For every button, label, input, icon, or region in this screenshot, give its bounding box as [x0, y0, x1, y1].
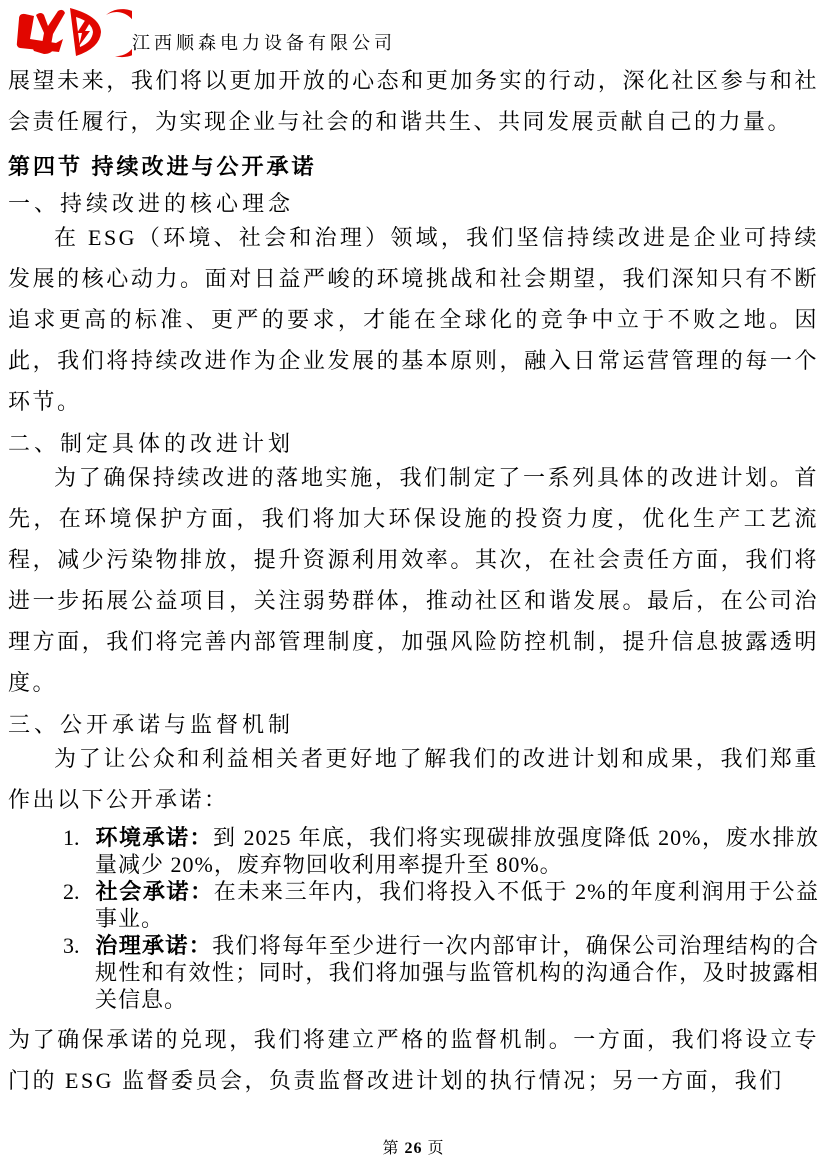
document-page: 江西顺森电力设备有限公司 展望未来，我们将以更加开放的心态和更加务实的行动，深化…	[0, 0, 827, 1164]
page-footer: 第26页	[0, 1135, 827, 1158]
subsection-paragraph-3: 为了让公众和利益相关者更好地了解我们的改进计划和成果，我们郑重作出以下公开承诺：	[8, 738, 819, 820]
company-name: 江西顺森电力设备有限公司	[132, 29, 396, 58]
commitment-item-governance: 3.治理承诺：我们将每年至少进行一次内部审计，确保公司治理结构的合规性和有效性；…	[63, 932, 819, 1013]
commitment-label: 治理承诺：	[95, 933, 212, 958]
commitment-label: 社会承诺：	[95, 879, 214, 904]
page-number: 26	[405, 1140, 423, 1157]
document-header: 江西顺森电力设备有限公司	[8, 4, 819, 58]
subsection-heading-3: 三、公开承诺与监督机制	[8, 711, 819, 738]
subsection-heading-2: 二、制定具体的改进计划	[8, 430, 819, 457]
commitment-item-social: 2.社会承诺：在未来三年内，我们将投入不低于 2%的年度利润用于公益事业。	[63, 878, 819, 932]
list-number: 1.	[63, 824, 95, 851]
lydc-logo-icon	[8, 4, 132, 58]
closing-paragraph: 为了确保承诺的兑现，我们将建立严格的监督机制。一方面，我们将设立专门的 ESG …	[8, 1019, 819, 1101]
commitment-item-environment: 1.环境承诺：到 2025 年底，我们将实现碳排放强度降低 20%，废水排放量减…	[63, 824, 819, 878]
commitment-list: 1.环境承诺：到 2025 年底，我们将实现碳排放强度降低 20%，废水排放量减…	[63, 824, 819, 1013]
subsection-heading-1: 一、持续改进的核心理念	[8, 190, 819, 217]
subsection-paragraph-2: 为了确保持续改进的落地实施，我们制定了一系列具体的改进计划。首先，在环境保护方面…	[8, 457, 819, 703]
commitment-label: 环境承诺：	[95, 825, 213, 850]
list-number: 2.	[63, 878, 95, 905]
footer-prefix: 第	[382, 1140, 399, 1157]
list-number: 3.	[63, 932, 95, 959]
section-title: 第四节 持续改进与公开承诺	[8, 152, 819, 182]
intro-paragraph: 展望未来，我们将以更加开放的心态和更加务实的行动，深化社区参与和社会责任履行，为…	[8, 60, 819, 142]
footer-suffix: 页	[428, 1140, 445, 1157]
subsection-paragraph-1: 在 ESG（环境、社会和治理）领域，我们坚信持续改进是企业可持续发展的核心动力。…	[8, 217, 819, 422]
